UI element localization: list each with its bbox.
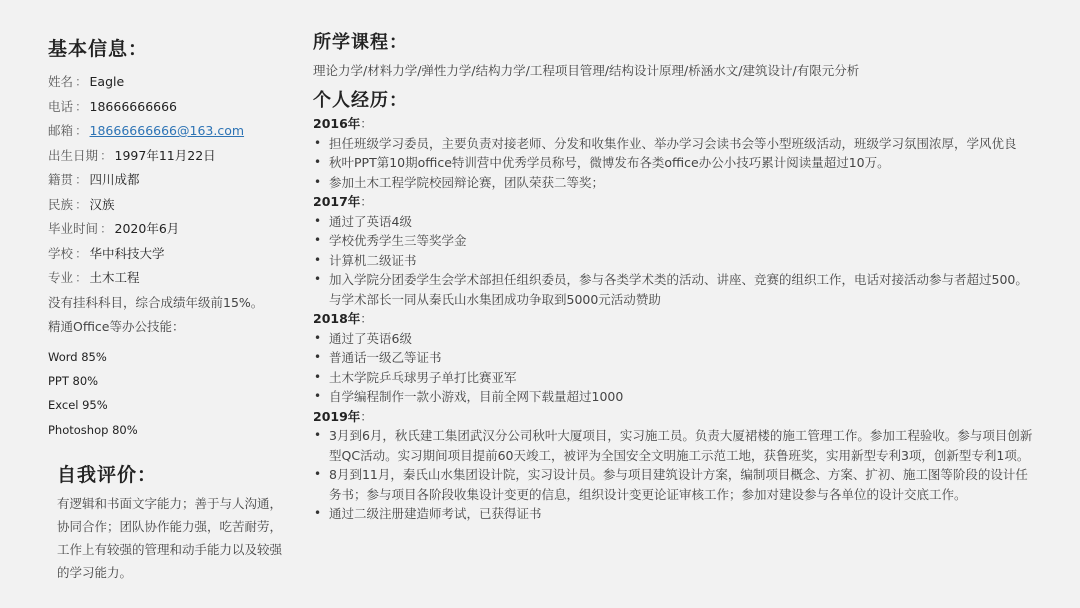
info-separator: ： <box>98 148 115 163</box>
info-separator: ： <box>73 197 90 212</box>
info-value-school: 华中科技大学 <box>90 246 165 261</box>
list-item: 通过了英语4级 <box>313 212 1038 232</box>
year-label: 2019年： <box>313 407 1038 427</box>
info-label: 姓名 <box>48 74 73 89</box>
info-label: 籍贯 <box>48 172 73 187</box>
list-item: 加入学院分团委学生会学术部担任组织委员，参与各类学术类的活动、讲座、竞赛的组织工… <box>313 270 1038 309</box>
info-row-phone: 电话：18666666666 <box>48 95 298 120</box>
email-link[interactable]: 18666666666@163.com <box>90 123 245 138</box>
resume-page: 基本信息： 姓名：Eagle 电话：18666666666 邮箱：1866666… <box>0 0 1080 608</box>
list-item: 自学编程制作一款小游戏，目前全网下载量超过1000 <box>313 387 1038 407</box>
info-value-hometown: 四川成都 <box>90 172 140 187</box>
courses-heading: 所学课程： <box>313 30 1038 56</box>
info-value-phone: 18666666666 <box>90 99 177 114</box>
list-item: 通过二级注册建造师考试，已获得证书 <box>313 504 1038 524</box>
year-text: 2017年 <box>313 194 360 209</box>
list-item: 3月到6月，秋氏建工集团武汉分公司秋叶大厦项目，实习施工员。负责大厦裙楼的施工管… <box>313 426 1038 465</box>
info-value-birthdate: 1997年11月22日 <box>115 148 216 163</box>
grades-note: 没有挂科科目，综合成绩年级前15%。 <box>48 291 298 316</box>
info-value-ethnicity: 汉族 <box>90 197 115 212</box>
info-label: 邮箱 <box>48 123 73 138</box>
skills-heading: 精通Office等办公技能： <box>48 315 298 340</box>
self-evaluation-section: 自我评价： 有逻辑和书面文字能力；善于与人沟通，协同合作；团队协作能力强，吃苦耐… <box>57 462 292 584</box>
self-evaluation-heading: 自我评价： <box>57 462 292 488</box>
year-text: 2016年 <box>313 116 360 131</box>
year-colon: ： <box>360 409 373 424</box>
experience-list: 通过了英语4级 学校优秀学生三等奖学金 计算机二级证书 加入学院分团委学生会学术… <box>313 212 1038 310</box>
courses-list: 理论力学/材料力学/弹性力学/结构力学/工程项目管理/结构设计原理/桥涵水文/建… <box>313 60 1038 82</box>
info-row-school: 学校：华中科技大学 <box>48 242 298 267</box>
list-item: 通过了英语6级 <box>313 329 1038 349</box>
self-evaluation-text: 有逻辑和书面文字能力；善于与人沟通，协同合作；团队协作能力强，吃苦耐劳，工作上有… <box>57 492 292 584</box>
experience-list: 通过了英语6级 普通话一级乙等证书 土木学院乒乓球男子单打比赛亚军 自学编程制作… <box>313 329 1038 407</box>
info-value-graduation: 2020年6月 <box>115 221 180 236</box>
list-item: 担任班级学习委员，主要负责对接老师、分发和收集作业、举办学习会读书会等小型班级活… <box>313 134 1038 154</box>
info-row-email: 邮箱：18666666666@163.com <box>48 119 298 144</box>
list-item: 计算机二级证书 <box>313 251 1038 271</box>
right-column: 所学课程： 理论力学/材料力学/弹性力学/结构力学/工程项目管理/结构设计原理/… <box>313 30 1038 524</box>
experience-year-2018: 2018年： 通过了英语6级 普通话一级乙等证书 土木学院乒乓球男子单打比赛亚军… <box>313 309 1038 407</box>
experience-heading: 个人经历： <box>313 88 1038 114</box>
info-row-hometown: 籍贯：四川成都 <box>48 168 298 193</box>
experience-list: 担任班级学习委员，主要负责对接老师、分发和收集作业、举办学习会读书会等小型班级活… <box>313 134 1038 193</box>
info-row-ethnicity: 民族：汉族 <box>48 193 298 218</box>
info-separator: ： <box>73 74 90 89</box>
skill-excel: Excel 95% <box>48 393 298 417</box>
list-item: 秋叶PPT第10期office特训营中优秀学员称号，微博发布各类office办公… <box>313 153 1038 173</box>
experience-year-2016: 2016年： 担任班级学习委员，主要负责对接老师、分发和收集作业、举办学习会读书… <box>313 114 1038 192</box>
list-item: 土木学院乒乓球男子单打比赛亚军 <box>313 368 1038 388</box>
skill-photoshop: Photoshop 80% <box>48 418 298 442</box>
experience-year-2019: 2019年： 3月到6月，秋氏建工集团武汉分公司秋叶大厦项目，实习施工员。负责大… <box>313 407 1038 524</box>
year-label: 2017年： <box>313 192 1038 212</box>
info-label: 出生日期 <box>48 148 98 163</box>
info-separator: ： <box>73 246 90 261</box>
info-label: 专业 <box>48 270 73 285</box>
info-row-name: 姓名：Eagle <box>48 70 298 95</box>
skills-list: Word 85% PPT 80% Excel 95% Photoshop 80% <box>48 345 298 443</box>
list-item: 参加土木工程学院校园辩论赛，团队荣获二等奖； <box>313 173 1038 193</box>
info-label: 毕业时间 <box>48 221 98 236</box>
year-text: 2019年 <box>313 409 360 424</box>
basic-info-section: 基本信息： 姓名：Eagle 电话：18666666666 邮箱：1866666… <box>48 36 298 442</box>
list-item: 学校优秀学生三等奖学金 <box>313 231 1038 251</box>
year-label: 2018年： <box>313 309 1038 329</box>
info-separator: ： <box>73 270 90 285</box>
info-separator: ： <box>73 172 90 187</box>
info-label: 学校 <box>48 246 73 261</box>
list-item: 8月到11月，秦氏山水集团设计院，实习设计员。参与项目建筑设计方案，编制项目概念… <box>313 465 1038 504</box>
list-item: 普通话一级乙等证书 <box>313 348 1038 368</box>
info-value-name: Eagle <box>90 74 125 89</box>
info-separator: ： <box>73 123 90 138</box>
year-text: 2018年 <box>313 311 360 326</box>
info-separator: ： <box>98 221 115 236</box>
info-row-graduation: 毕业时间：2020年6月 <box>48 217 298 242</box>
experience-list: 3月到6月，秋氏建工集团武汉分公司秋叶大厦项目，实习施工员。负责大厦裙楼的施工管… <box>313 426 1038 524</box>
info-separator: ： <box>73 99 90 114</box>
info-row-birthdate: 出生日期：1997年11月22日 <box>48 144 298 169</box>
year-label: 2016年： <box>313 114 1038 134</box>
year-colon: ： <box>360 116 373 131</box>
info-value-major: 土木工程 <box>90 270 140 285</box>
experience-year-2017: 2017年： 通过了英语4级 学校优秀学生三等奖学金 计算机二级证书 加入学院分… <box>313 192 1038 309</box>
year-colon: ： <box>360 311 373 326</box>
skill-word: Word 85% <box>48 345 298 369</box>
info-label: 民族 <box>48 197 73 212</box>
info-row-major: 专业：土木工程 <box>48 266 298 291</box>
basic-info-heading: 基本信息： <box>48 36 298 62</box>
info-label: 电话 <box>48 99 73 114</box>
skill-ppt: PPT 80% <box>48 369 298 393</box>
year-colon: ： <box>360 194 373 209</box>
